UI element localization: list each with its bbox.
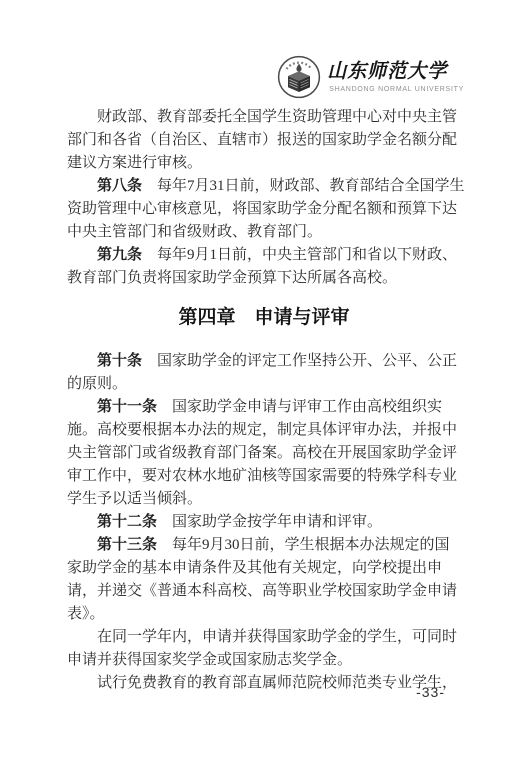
line-text: 国家助学金的评定工作坚持公开、公平、公正 xyxy=(142,353,457,369)
article-number: 第十二条 xyxy=(97,514,157,530)
text-section-pre-heading: 财政部、教育部委托全国学生资助管理中心对中央主管部门和各省（自治区、直辖市）报送… xyxy=(67,106,461,290)
article-number: 第九条 xyxy=(97,247,142,263)
text-line: 第十二条 国家助学金按学年申请和评审。 xyxy=(67,511,461,534)
line-text: 中央主管部门和省级财政、教育部门。 xyxy=(67,224,322,240)
text-line: 部门和各省（自治区、直辖市）报送的国家助学金名额分配 xyxy=(67,129,461,152)
line-text: 资助管理中心审核意见，将国家助学金分配名额和预算下达 xyxy=(67,201,457,217)
line-text: 建议方案进行审核。 xyxy=(67,155,202,171)
line-text: 表》。 xyxy=(67,606,105,622)
line-text: 请，并递交《普通本科高校、高等职业学校国家助学金申请 xyxy=(67,583,457,599)
line-text: 审工作中，要对农林水地矿油核等国家需要的特殊学科专业 xyxy=(67,468,457,484)
line-text: 申请并获得国家奖学金或国家励志奖学金。 xyxy=(67,652,352,668)
page-footer: -33- xyxy=(416,684,445,700)
document-body: 财政部、教育部委托全国学生资助管理中心对中央主管部门和各省（自治区、直辖市）报送… xyxy=(67,106,461,695)
document-page: 山东师范大学 SHANDONG NORMAL UNIVERSITY 财政部、教育… xyxy=(0,0,525,768)
line-text: 在同一学年内，申请并获得国家助学金的学生，可同时 xyxy=(97,629,457,645)
text-line: 第十条 国家助学金的评定工作坚持公开、公平、公正 xyxy=(67,350,461,373)
text-line: 中央主管部门和省级财政、教育部门。 xyxy=(67,221,461,244)
text-line: 审工作中，要对农林水地矿油核等国家需要的特殊学科专业 xyxy=(67,465,461,488)
line-text: 部门和各省（自治区、直辖市）报送的国家助学金名额分配 xyxy=(67,132,457,148)
text-line: 试行免费教育的教育部直属师范院校师范类专业学生， xyxy=(67,672,461,695)
line-text: 央主管部门或省级教育部门备案。高校在开展国家助学金评 xyxy=(67,445,457,461)
text-line: 申请并获得国家奖学金或国家励志奖学金。 xyxy=(67,649,461,672)
text-line: 资助管理中心审核意见，将国家助学金分配名额和预算下达 xyxy=(67,198,461,221)
university-name-en: SHANDONG NORMAL UNIVERSITY xyxy=(329,85,464,94)
text-line: 家助学金的基本申请条件及其他有关规定，向学校提出申 xyxy=(67,557,461,580)
text-line: 财政部、教育部委托全国学生资助管理中心对中央主管 xyxy=(67,106,461,129)
line-text: 国家助学金按学年申请和评审。 xyxy=(157,514,382,530)
text-line: 学生予以适当倾斜。 xyxy=(67,488,461,511)
text-line: 在同一学年内，申请并获得国家助学金的学生，可同时 xyxy=(67,626,461,649)
text-line: 央主管部门或省级教育部门备案。高校在开展国家助学金评 xyxy=(67,442,461,465)
text-line: 第十三条 每年9月30日前，学生根据本办法规定的国 xyxy=(67,534,461,557)
article-number: 第十条 xyxy=(97,353,142,369)
line-text: 的原则。 xyxy=(67,376,127,392)
line-text: 每年7月31日前，财政部、教育部结合全国学生 xyxy=(142,178,465,194)
article-number: 第十三条 xyxy=(97,537,157,553)
text-line: 第九条 每年9月1日前，中央主管部门和省以下财政、 xyxy=(67,244,461,267)
text-line: 的原则。 xyxy=(67,373,461,396)
text-line: 施。高校要根据本办法的规定，制定具体评审办法，并报中 xyxy=(67,419,461,442)
page-number: -33- xyxy=(416,684,445,700)
line-text: 国家助学金申请与评审工作由高校组织实 xyxy=(157,399,442,415)
text-line: 请，并递交《普通本科高校、高等职业学校国家助学金申请 xyxy=(67,580,461,603)
line-text: 学生予以适当倾斜。 xyxy=(67,491,202,507)
university-seal-icon xyxy=(277,55,321,99)
line-text: 每年9月30日前，学生根据本办法规定的国 xyxy=(157,537,450,553)
university-logo: 山东师范大学 SHANDONG NORMAL UNIVERSITY xyxy=(277,55,464,99)
line-text: 每年9月1日前，中央主管部门和省以下财政、 xyxy=(142,247,457,263)
line-text: 试行免费教育的教育部直属师范院校师范类专业学生， xyxy=(97,675,457,691)
article-number: 第八条 xyxy=(97,178,142,194)
article-number: 第十一条 xyxy=(97,399,157,415)
text-line: 第十一条 国家助学金申请与评审工作由高校组织实 xyxy=(67,396,461,419)
line-text: 施。高校要根据本办法的规定，制定具体评审办法，并报中 xyxy=(67,422,457,438)
text-line: 建议方案进行审核。 xyxy=(67,152,461,175)
chapter-heading: 第四章 申请与评审 xyxy=(67,304,461,332)
university-logotype: 山东师范大学 SHANDONG NORMAL UNIVERSITY xyxy=(327,60,464,94)
text-line: 第八条 每年7月31日前，财政部、教育部结合全国学生 xyxy=(67,175,461,198)
text-line: 教育部门负责将国家助学金预算下达所属各高校。 xyxy=(67,267,461,290)
line-text: 教育部门负责将国家助学金预算下达所属各高校。 xyxy=(67,270,397,286)
line-text: 家助学金的基本申请条件及其他有关规定，向学校提出申 xyxy=(67,560,442,576)
line-text: 财政部、教育部委托全国学生资助管理中心对中央主管 xyxy=(97,109,457,125)
text-section-post-heading: 第十条 国家助学金的评定工作坚持公开、公平、公正的原则。第十一条 国家助学金申请… xyxy=(67,350,461,695)
text-line: 表》。 xyxy=(67,603,461,626)
university-name-zh: 山东师范大学 xyxy=(327,59,447,84)
